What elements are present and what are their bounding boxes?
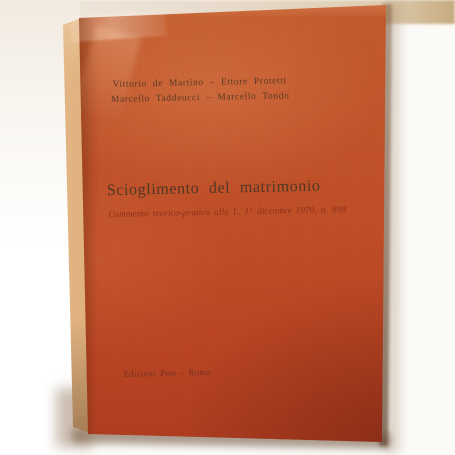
- authors-line-2: Marcello Taddeucci – Marcello Tondo: [111, 91, 290, 105]
- book-photo-scene: Vittorio de Martino – Ettore Protetti Ma…: [0, 0, 455, 455]
- book-title: Scioglimento del matrimonio: [107, 178, 321, 200]
- book-subtitle: Commento teorico-pratico alla L. 1° dice…: [108, 204, 346, 219]
- authors-line-1: Vittorio de Martino – Ettore Protetti: [112, 76, 286, 90]
- publisher-imprint: Edizioni Pem - Roma: [124, 367, 211, 379]
- cover-printed-text: Vittorio de Martino – Ettore Protetti Ma…: [0, 0, 455, 455]
